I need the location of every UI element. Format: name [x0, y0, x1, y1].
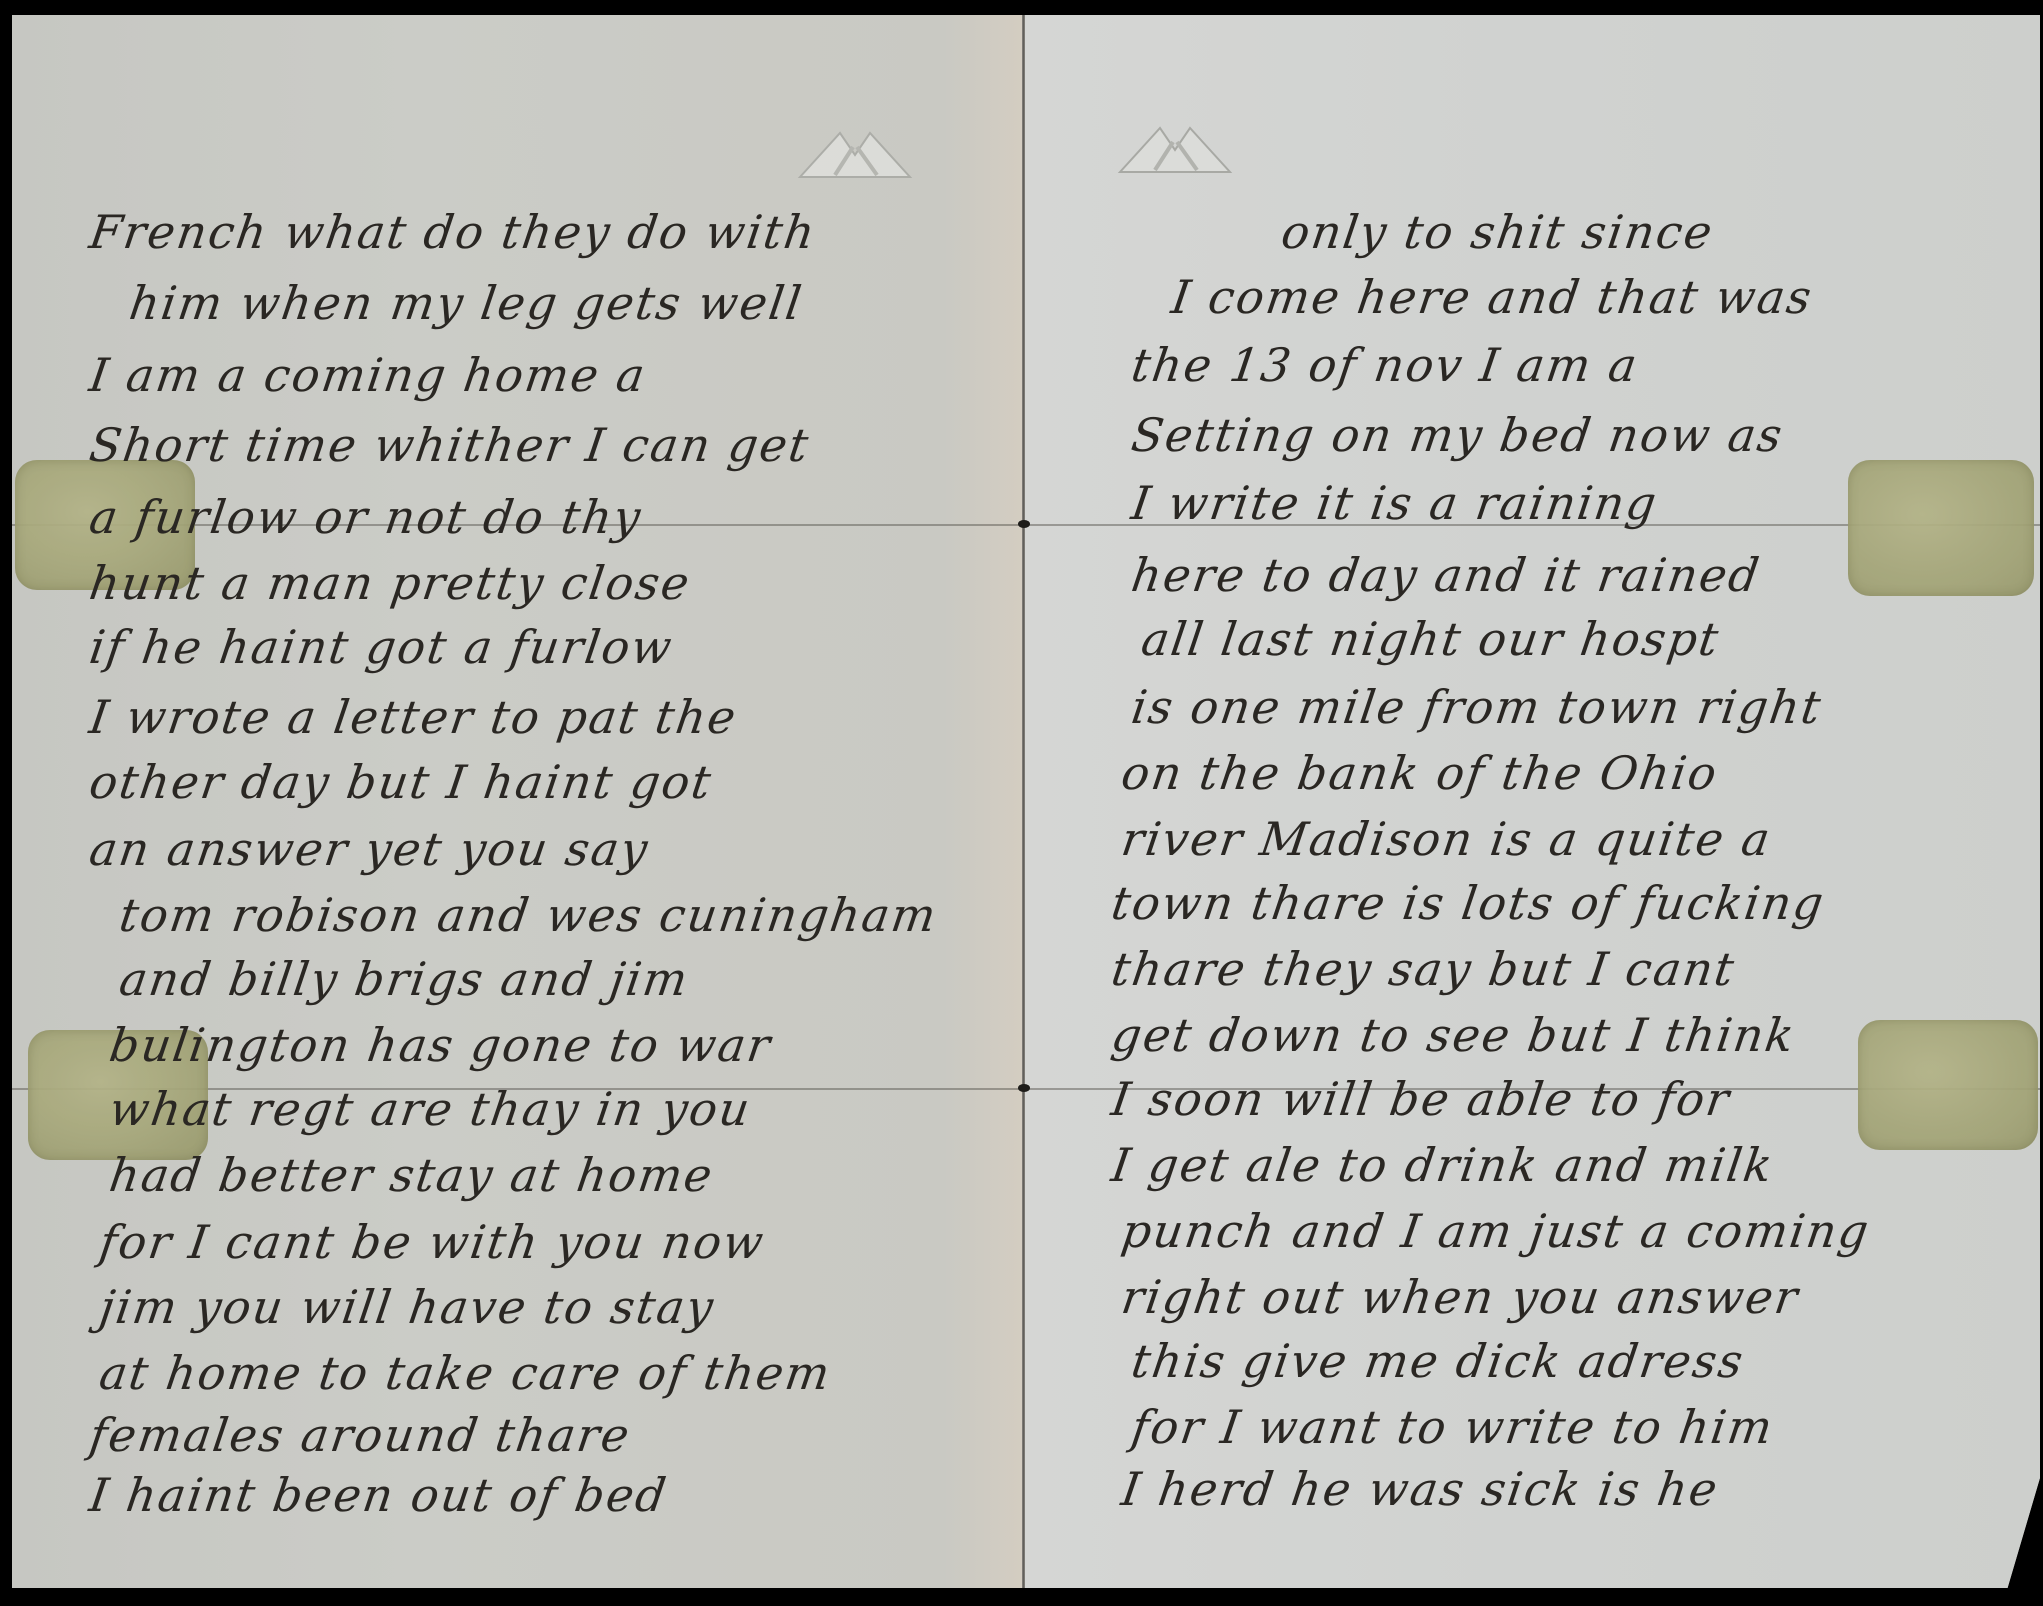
- handwritten-line: him when my leg gets well: [126, 276, 806, 330]
- handwritten-line: Short time whither I can get: [86, 418, 813, 472]
- handwritten-line: right out when you answer: [1118, 1270, 1803, 1324]
- handwritten-line: Setting on my bed now as: [1128, 408, 1787, 462]
- handwritten-line: I am a coming home a: [86, 348, 650, 402]
- handwritten-line: I haint been out of bed: [86, 1468, 671, 1522]
- handwritten-line: for I cant be with you now: [96, 1215, 768, 1269]
- handwritten-line: is one mile from town right: [1128, 680, 1826, 734]
- handwritten-line: I soon will be able to for: [1108, 1072, 1734, 1126]
- handwritten-line: the 13 of nov I am a: [1128, 338, 1642, 392]
- handwritten-line: here to day and it rained: [1128, 548, 1764, 602]
- left-page-text: French what do they do with him when my …: [90, 0, 990, 1606]
- handwritten-line: French what do they do with: [86, 205, 820, 259]
- handwritten-line: a furlow or not do thy: [86, 490, 645, 544]
- handwritten-line: on the bank of the Ohio: [1118, 746, 1722, 800]
- handwritten-line: if he haint got a furlow: [86, 620, 677, 674]
- handwritten-line: river Madison is a quite a: [1118, 812, 1775, 866]
- vertical-fold-crease: [1022, 15, 1025, 1588]
- handwritten-line: at home to take care of them: [96, 1346, 835, 1400]
- handwritten-line: had better stay at home: [106, 1148, 717, 1202]
- handwritten-line: only to shit since: [1278, 205, 1717, 259]
- handwritten-line: what regt are thay in you: [106, 1082, 755, 1136]
- handwritten-line: other day but I haint got: [86, 755, 716, 809]
- handwritten-line: for I want to write to him: [1128, 1400, 1777, 1454]
- handwritten-line: and billy brigs and jim: [116, 952, 692, 1006]
- handwritten-line: I herd he was sick is he: [1118, 1462, 1722, 1516]
- handwritten-line: bulington has gone to war: [106, 1018, 775, 1072]
- fold-intersection-mark: [1018, 520, 1030, 528]
- handwritten-line: all last night our hospt: [1138, 612, 1723, 666]
- handwritten-line: tom robison and wes cuningham: [116, 888, 941, 942]
- handwritten-line: I get ale to drink and milk: [1108, 1138, 1777, 1192]
- right-page-text: only to shit since I come here and that …: [1112, 0, 2012, 1606]
- handwritten-line: hunt a man pretty close: [86, 556, 694, 610]
- handwritten-line: punch and I am just a coming: [1118, 1204, 1873, 1258]
- handwritten-line: this give me dick adress: [1128, 1334, 1748, 1388]
- handwritten-line: females around thare: [86, 1408, 634, 1462]
- handwritten-line: jim you will have to stay: [96, 1280, 718, 1334]
- handwritten-line: get down to see but I think: [1108, 1008, 1799, 1062]
- handwritten-line: I come here and that was: [1168, 270, 1816, 324]
- handwritten-line: I write it is a raining: [1128, 476, 1661, 530]
- handwritten-line: town thare is lots of fucking: [1108, 876, 1828, 930]
- fold-intersection-mark: [1018, 1084, 1030, 1092]
- handwritten-line: I wrote a letter to pat the: [86, 690, 741, 744]
- handwritten-line: thare they say but I cant: [1108, 942, 1739, 996]
- handwritten-line: an answer yet you say: [86, 822, 652, 876]
